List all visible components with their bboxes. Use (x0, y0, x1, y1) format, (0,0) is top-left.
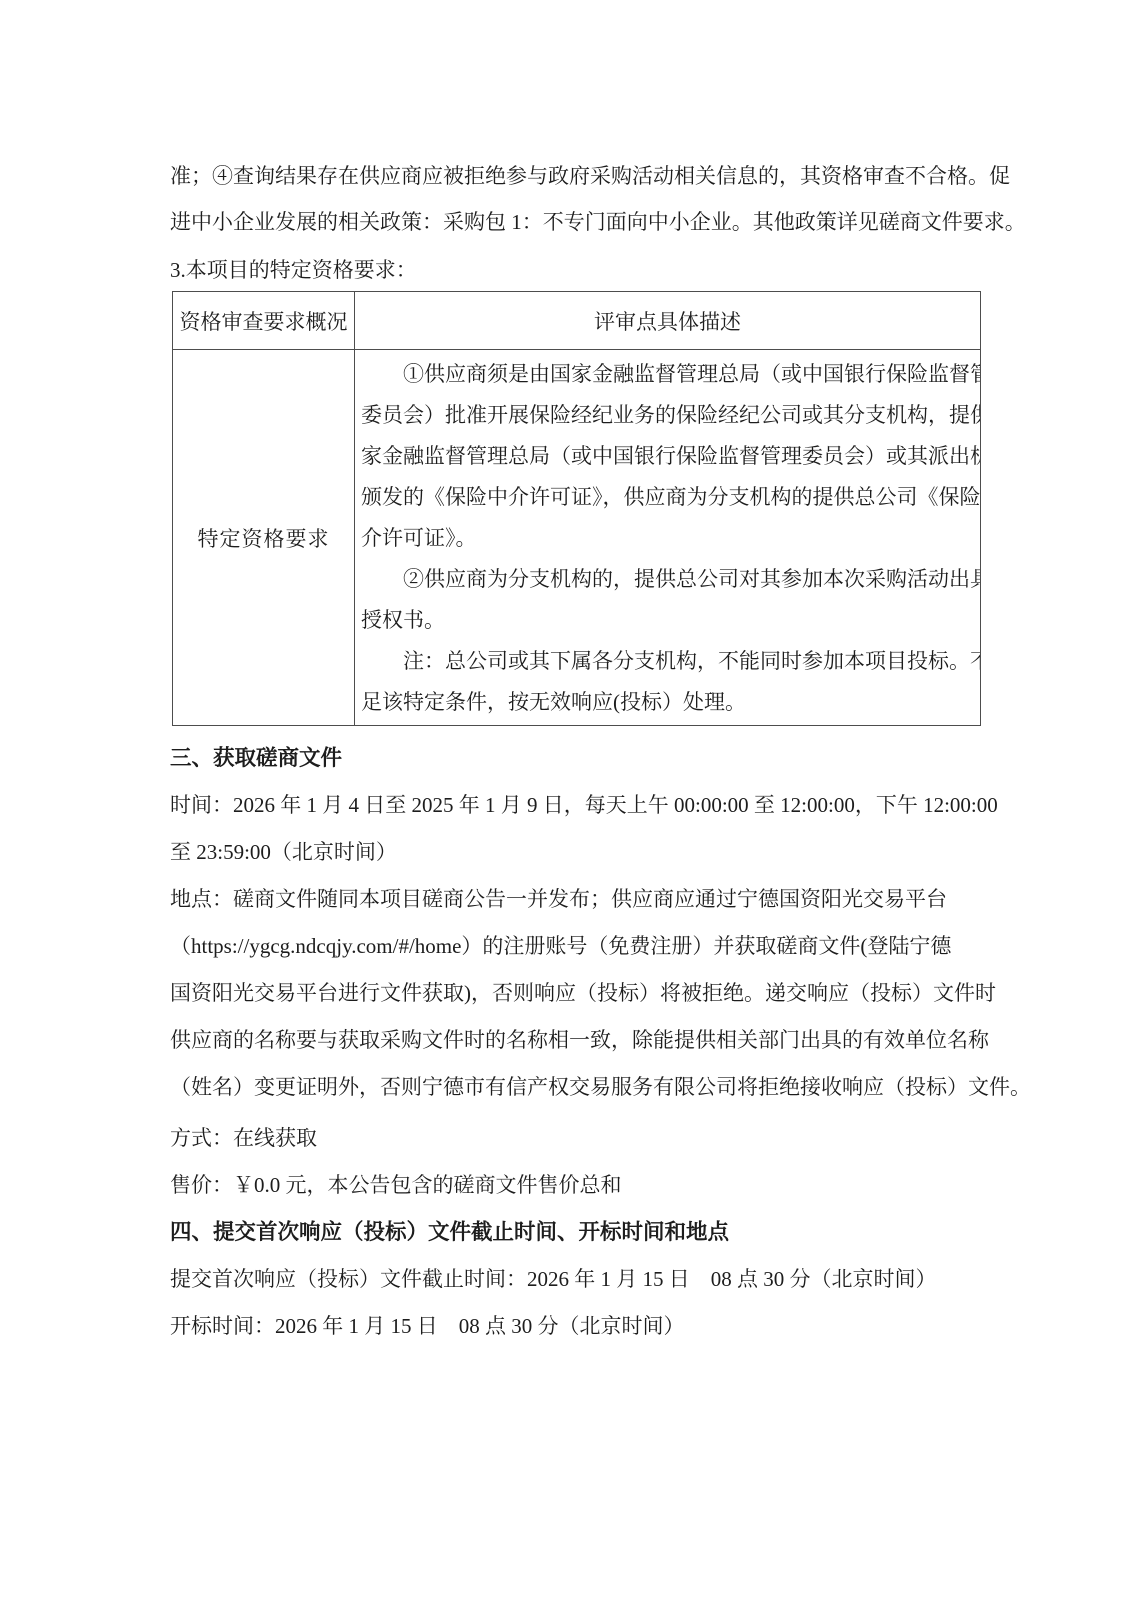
intro-paragraph: 准；④查询结果存在供应商应被拒绝参与政府采购活动相关信息的，其资格审查不合格。促… (170, 153, 1111, 245)
table-row: 特定资格要求 ①供应商须是由国家金融监督管理总局（或中国银行保险监督管理 委员会… (173, 350, 981, 726)
detail-cell: ①供应商须是由国家金融监督管理总局（或中国银行保险监督管理 委员会）批准开展保险… (355, 350, 981, 726)
deadline-line: 提交首次响应（投标）文件截止时间：2026 年 1 月 15 日 08 点 30… (170, 1256, 1111, 1303)
table-header-row: 资格审查要求概况 评审点具体描述 (173, 292, 981, 350)
location-paragraph: 地点：磋商文件随同本项目磋商公告一并发布；供应商应通过宁德国资阳光交易平台 （h… (170, 876, 1111, 1111)
section3-heading: 三、获取磋商文件 (170, 735, 1111, 782)
document-page: 准；④查询结果存在供应商应被拒绝参与政府采购活动相关信息的，其资格审查不合格。促… (0, 0, 1131, 1600)
row-label-cell: 特定资格要求 (173, 350, 355, 726)
method-line: 方式：在线获取 (170, 1115, 1111, 1162)
qualification-heading: 3.本项目的特定资格要求： (170, 249, 1111, 291)
table-header-detail: 评审点具体描述 (355, 292, 981, 350)
price-line: 售价：￥0.0 元，本公告包含的磋商文件售价总和 (170, 1162, 1111, 1209)
section4-heading: 四、提交首次响应（投标）文件截止时间、开标时间和地点 (170, 1209, 1111, 1256)
qualification-table: 资格审查要求概况 评审点具体描述 特定资格要求 ①供应商须是由国家金融监督管理总… (172, 291, 981, 726)
time-paragraph: 时间：2026 年 1 月 4 日至 2025 年 1 月 9 日，每天上午 0… (170, 782, 1111, 876)
opening-time-line: 开标时间：2026 年 1 月 15 日 08 点 30 分（北京时间） (170, 1303, 1111, 1350)
table-header-overview: 资格审查要求概况 (173, 292, 355, 350)
